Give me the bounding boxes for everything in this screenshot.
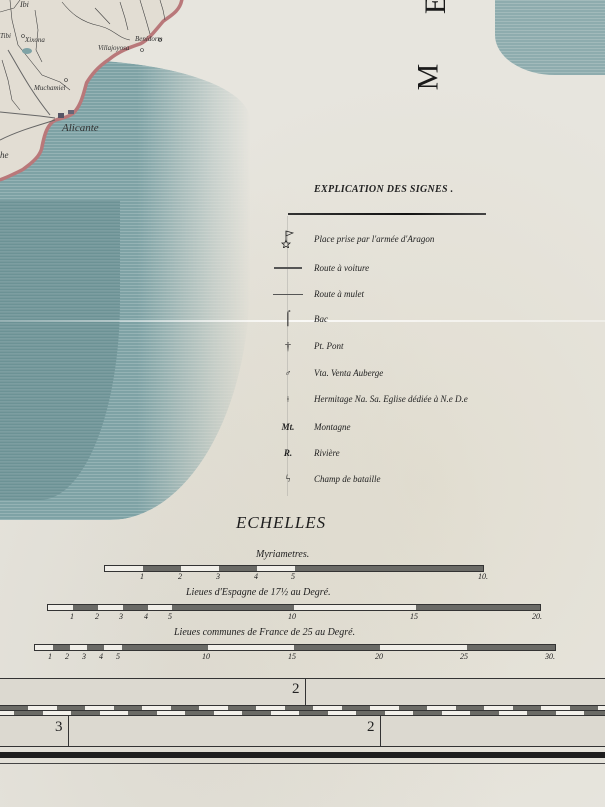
legend-item: R. Rivière [270,446,340,460]
mule-road-icon [270,294,306,295]
legend-item: Place prise par l'armée d'Aragon [270,232,434,246]
frame-border-upper-band [0,679,605,705]
carriage-road-icon [270,267,306,269]
inn-icon: ♂ [270,368,306,378]
flag-star-icon [270,230,306,248]
place-xixona: Xixona [25,36,45,44]
legend-item: ǂ Hermitage Na. Sa. Eglise dédiée à N.e … [270,392,468,406]
frame-lower-number-3: 3 [55,719,63,736]
bridge-icon: † [270,339,306,354]
frame-border-lower-band [0,716,605,747]
frame-thick-rule [0,752,605,758]
scale-title-lieues-france: Lieues communes de France de 25 au Degré… [174,627,355,638]
place-villajoyosa: Villajoyosa [98,44,129,52]
frame-thin-rule [0,763,605,764]
frame-lower-divider-right [380,716,381,746]
ferry-icon: ⌠ [270,311,306,327]
place-elche-partial: he [0,150,9,160]
place-ibi: Ibi [20,0,29,9]
frame-lower-number-2: 2 [367,719,375,736]
legend-item: Mt. Montagne [270,420,351,434]
sea-name-letter-e: E [419,0,453,14]
mountain-abbrev: Mt. [270,422,306,432]
scale-bar-myriametres [104,565,484,572]
legend-item: ϟ Champ de bataille [270,472,381,486]
legend-item: † Pt. Pont [270,339,344,353]
place-muchamiel: Muchamiel [34,84,66,92]
scale-bar-lieues-france [34,644,556,651]
sea-name-letter-m: M [411,64,445,91]
scale-title-myriametres: Myriametres. [256,549,309,560]
frame-upper-divider [305,679,306,706]
hermitage-icon: ǂ [270,395,306,404]
river-abbrev: R. [270,448,306,458]
scale-bar-lieues-espagne [47,604,541,611]
scales-heading: ECHELLES [236,513,326,533]
battlefield-icon: ϟ [270,473,306,485]
frame-upper-number: 2 [292,681,300,698]
legend-title: EXPLICATION DES SIGNES . [314,184,453,195]
legend-rule [288,213,486,215]
legend-item: Route à voiture [270,261,369,275]
scale-title-lieues-espagne: Lieues d'Espagne de 17½ au Degré. [186,587,331,598]
place-tibi: Tibi [0,32,11,40]
sea-near-coast [75,45,195,175]
legend-item: ⌠ Bac [270,312,328,326]
place-alicante: Alicante [62,122,99,134]
legend-item: ♂ Vta. Venta Auberge [270,366,383,380]
frame-lower-divider-left [68,716,69,746]
legend-item: Route à mulet [270,287,364,301]
place-benidorm: Benidorm [135,35,163,43]
